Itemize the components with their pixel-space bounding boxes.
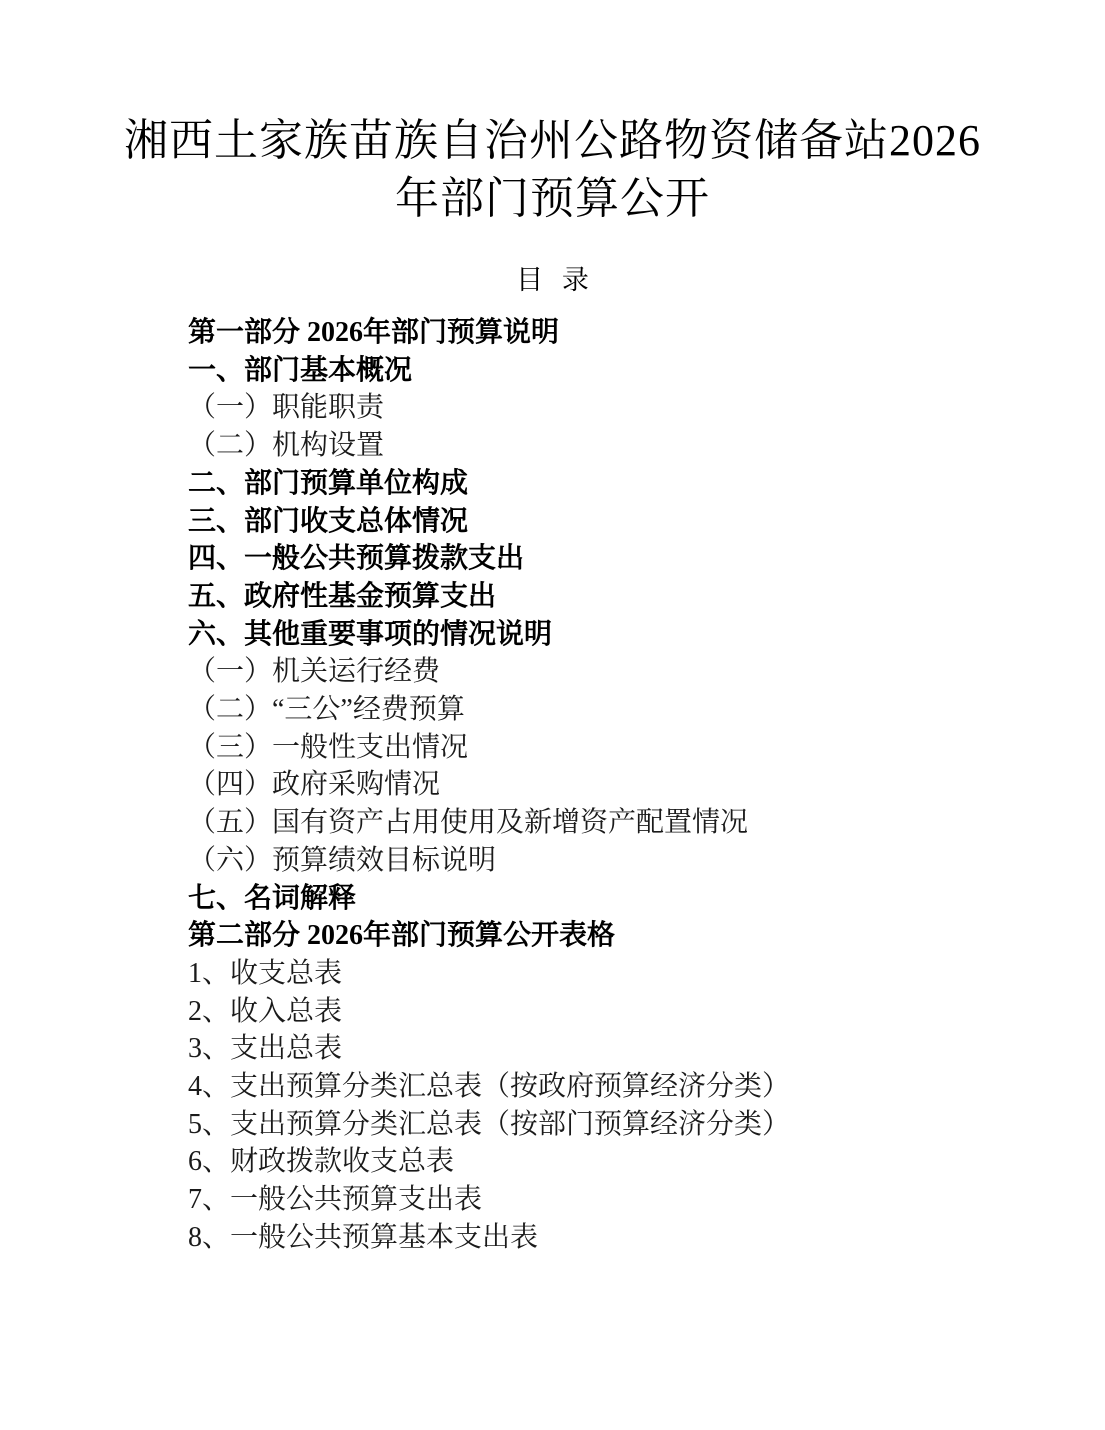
toc-item: 6、财政拨款收支总表 xyxy=(188,1143,1005,1181)
toc-item: 一、部门基本概况 xyxy=(188,352,1005,390)
toc-item: （二）“三公”经费预算 xyxy=(188,691,1005,729)
toc-item: （四）政府采购情况 xyxy=(188,766,1005,804)
toc-item: 7、一般公共预算支出表 xyxy=(188,1181,1005,1219)
toc-item: （三）一般性支出情况 xyxy=(188,729,1005,767)
page-title: 湘西土家族苗族自治州公路物资储备站2026 年部门预算公开 xyxy=(93,112,1013,228)
page-title-line-2: 年部门预算公开 xyxy=(93,170,1013,228)
toc-item: （二）机构设置 xyxy=(188,427,1005,465)
toc-item: （五）国有资产占用使用及新增资产配置情况 xyxy=(188,804,1005,842)
toc-heading: 目 录 xyxy=(0,264,1105,296)
toc-item: 第一部分 2026年部门预算说明 xyxy=(188,314,1005,352)
toc-item: 七、名词解释 xyxy=(188,880,1005,918)
toc-item: 5、支出预算分类汇总表（按部门预算经济分类） xyxy=(188,1106,1005,1144)
toc-item: 2、收入总表 xyxy=(188,993,1005,1031)
toc-item: （一）职能职责 xyxy=(188,389,1005,427)
document-page: 湘西土家族苗族自治州公路物资储备站2026 年部门预算公开 目 录 第一部分 2… xyxy=(0,0,1105,1430)
toc-item: 4、支出预算分类汇总表（按政府预算经济分类） xyxy=(188,1068,1005,1106)
toc-item: 六、其他重要事项的情况说明 xyxy=(188,616,1005,654)
toc-item: 1、收支总表 xyxy=(188,955,1005,993)
toc-item: 五、政府性基金预算支出 xyxy=(188,578,1005,616)
toc-item: 8、一般公共预算基本支出表 xyxy=(188,1219,1005,1257)
toc-item: （六）预算绩效目标说明 xyxy=(188,842,1005,880)
toc-item: 第二部分 2026年部门预算公开表格 xyxy=(188,917,1005,955)
toc-item: （一）机关运行经费 xyxy=(188,653,1005,691)
toc-list: 第一部分 2026年部门预算说明一、部门基本概况（一）职能职责（二）机构设置二、… xyxy=(0,314,1105,1257)
page-title-line-1: 湘西土家族苗族自治州公路物资储备站2026 xyxy=(93,112,1013,170)
toc-item: 四、一般公共预算拨款支出 xyxy=(188,540,1005,578)
toc-item: 二、部门预算单位构成 xyxy=(188,465,1005,503)
toc-item: 三、部门收支总体情况 xyxy=(188,503,1005,541)
toc-item: 3、支出总表 xyxy=(188,1030,1005,1068)
